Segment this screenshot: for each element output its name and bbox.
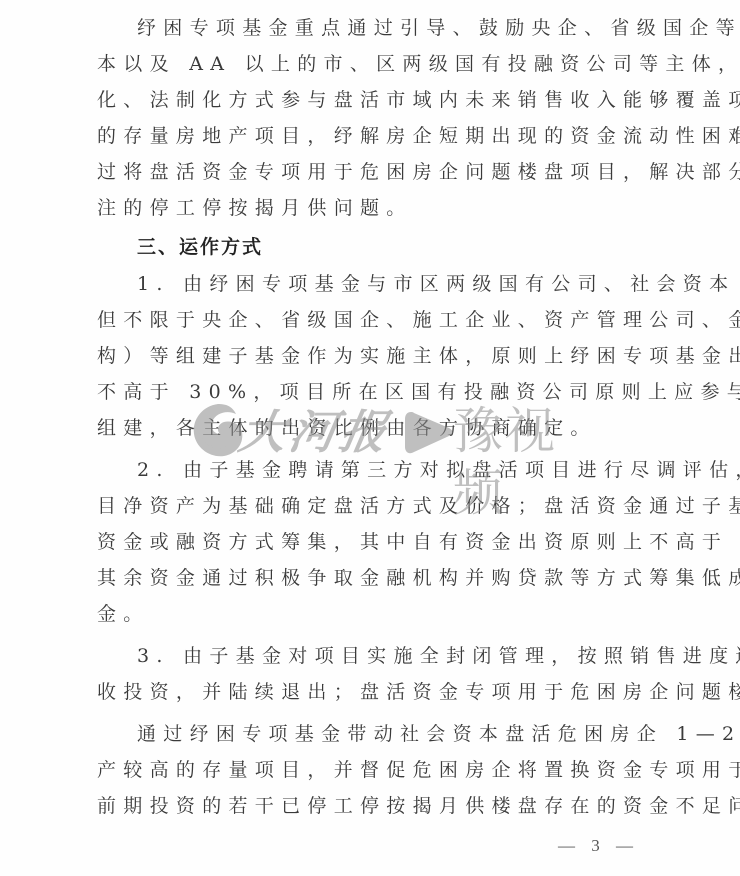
page-number: — 3 — <box>558 836 639 856</box>
item-line: 不高于 30%，项目所在区国有投融资公司原则上应参与子基金 <box>97 377 643 407</box>
paragraph-line: 过将盘活资金专项用于危困房企问题楼盘项目，解决部分社会关 <box>97 157 643 187</box>
item-line: 3. 由子基金对项目实施全封闭管理，按照销售进度逐步回 <box>137 641 643 671</box>
paragraph-line: 本以及 AA 以上的市、区两级国有投融资公司等主体，以市场 <box>97 49 643 79</box>
item-line: 2. 由子基金聘请第三方对拟盘活项目进行尽调评估，以项 <box>137 455 643 485</box>
item-line: 金。 <box>97 599 643 629</box>
item-line: 目净资产为基础确定盘活方式及价格；盘活资金通过子基金自有 <box>97 491 643 521</box>
item-line: 资金或融资方式筹集，其中自有资金出资原则上不高于 40%， <box>97 527 643 557</box>
item-line: 但不限于央企、省级国企、施工企业、资产管理公司、金融机 <box>97 305 643 335</box>
section-heading: 三、运作方式 <box>137 232 263 262</box>
paragraph-line: 化、法制化方式参与盘活市域内未来销售收入能够覆盖项目投资 <box>97 85 643 115</box>
paragraph-line: 注的停工停按揭月供问题。 <box>97 193 643 223</box>
item-line: 其余资金通过积极争取金融机构并购贷款等方式筹集低成本资 <box>97 563 643 593</box>
item-line: 1. 由纾困专项基金与市区两级国有公司、社会资本（包含 <box>137 269 643 299</box>
paragraph-line: 通过纾困专项基金带动社会资本盘活危困房企 1—2 个净资 <box>137 719 643 749</box>
item-line: 收投资，并陆续退出；盘活资金专项用于危困房企问题楼盘。 <box>97 677 643 707</box>
paragraph-line: 纾困专项基金重点通过引导、鼓励央企、省级国企等社会资 <box>137 13 643 43</box>
item-line: 组建，各主体的出资比例由各方协商确定。 <box>97 413 643 443</box>
item-line: 构）等组建子基金作为实施主体，原则上纾困专项基金出资比例 <box>97 341 643 371</box>
paragraph-line: 前期投资的若干已停工停按揭月供楼盘存在的资金不足问题，达 <box>97 791 643 821</box>
paragraph-line: 的存量房地产项目，纾解房企短期出现的资金流动性困难，并通 <box>97 121 643 151</box>
document-page: 纾困专项基金重点通过引导、鼓励央企、省级国企等社会资 本以及 AA 以上的市、区… <box>0 0 740 876</box>
paragraph-line: 产较高的存量项目，并督促危困房企将置换资金专项用于缓解其 <box>97 755 643 785</box>
